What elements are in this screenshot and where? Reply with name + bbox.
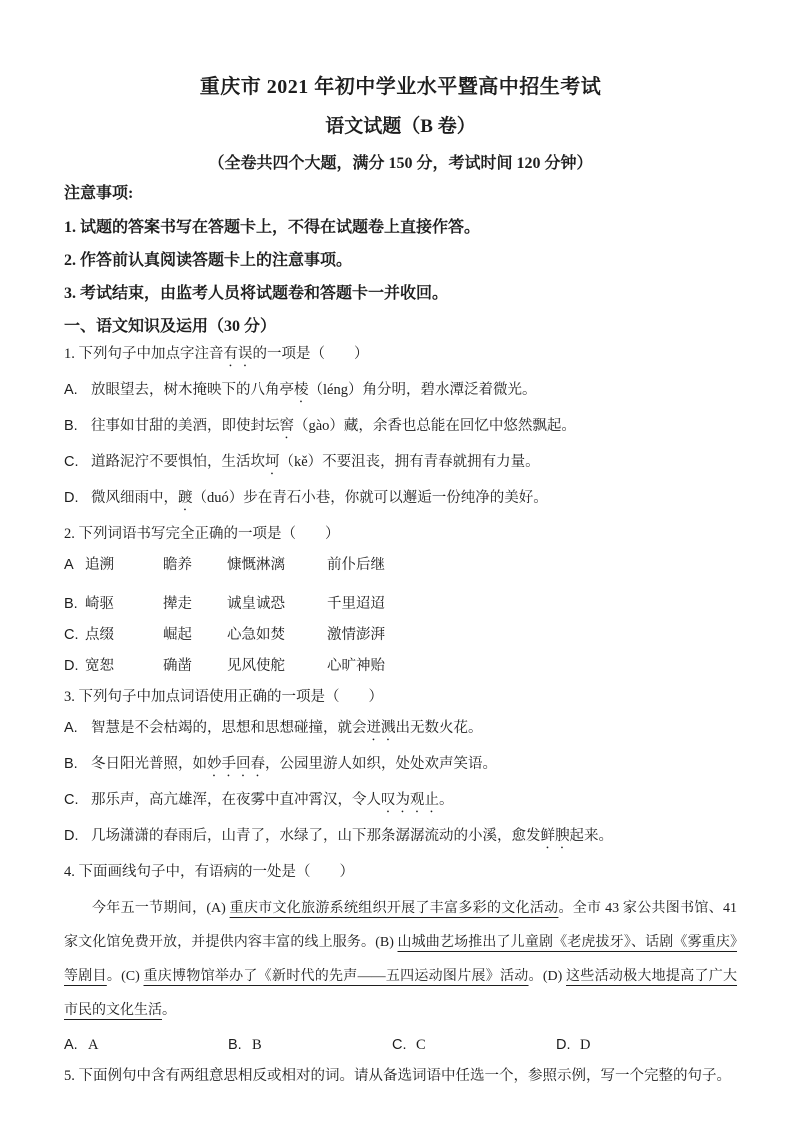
- text-run: 今年五一节期间，(A): [92, 901, 230, 916]
- exam-meta-info: （全卷共四个大题，满分 150 分，考试时间 120 分钟）: [64, 152, 737, 176]
- dot-emphasized-text: 鲜腴: [541, 828, 570, 844]
- word-item: 崎驱: [85, 593, 163, 615]
- option-label-a: A.: [64, 379, 91, 401]
- underlined-text: 重庆市文化旅游系统组织开展了丰富多彩的文化活动: [230, 901, 559, 916]
- option-label-a: A.: [64, 1034, 88, 1056]
- dot-emphasized-text: 棱: [294, 382, 309, 398]
- option-text: 智慧是不会枯竭的，思想和思想碰撞，就会迸溅出无数火花。: [91, 720, 483, 736]
- word-item: 宽恕: [85, 655, 163, 677]
- word-item: 激情澎湃: [327, 624, 385, 646]
- exam-paper-page: 重庆市 2021 年初中学业水平暨高中招生考试 语文试题（B 卷） （全卷共四个…: [0, 0, 793, 1122]
- option-label-a: A: [64, 554, 85, 576]
- notice-heading: 注意事项:: [64, 182, 737, 206]
- question-3-option-a: A.智慧是不会枯竭的，思想和思想碰撞，就会迸溅出无数火花。: [64, 717, 737, 744]
- question-4-stem: 4. 下面画线句子中，有语病的一处是（ ）: [64, 861, 737, 883]
- text-run: 冬日阳光普照，如: [91, 756, 207, 772]
- word-item: 确凿: [163, 655, 227, 677]
- option-label-d: D.: [64, 825, 91, 847]
- exam-subtitle: 语文试题（B 卷）: [64, 114, 737, 140]
- question-1-option-c: C.道路泥泞不要惧怕，生活坎坷（kě）不要沮丧，拥有青春就拥有力量。: [64, 451, 737, 478]
- word-item: 撵走: [163, 593, 227, 615]
- answer-text: A: [88, 1037, 98, 1053]
- dot-emphasized-text: 妙手回春: [207, 756, 265, 772]
- word-item: 点缀: [85, 624, 163, 646]
- option-text: 冬日阳光普照，如妙手回春，公园里游人如织，处处欢声笑语。: [91, 756, 497, 772]
- option-label-d: D.: [64, 487, 91, 509]
- text-run: 几场潇潇的春雨后，山青了，水绿了，山下那条潺潺流动的小溪，愈发: [91, 828, 541, 844]
- question-1-option-d: D.微风细雨中，踱（duó）步在青石小巷，你就可以邂逅一份纯净的美好。: [64, 487, 737, 514]
- text-run: 出无数火花。: [396, 720, 483, 736]
- question-3-option-c: C.那乐声，高亢雄浑，在夜雾中直冲霄汉，令人叹为观止。: [64, 789, 737, 816]
- dot-emphasized-text: 迸溅: [367, 720, 396, 736]
- section-1-heading: 一、语文知识及运用（30 分）: [64, 315, 737, 339]
- answer-text: C: [416, 1037, 426, 1053]
- text-run: 。(C): [107, 969, 144, 984]
- question-1-option-b: B.往事如甘甜的美酒，即使封坛窖（gào）藏，余香也总能在回忆中悠然飘起。: [64, 415, 737, 442]
- text-run: ，公园里游人如织，处处欢声笑语。: [265, 756, 497, 772]
- option-text: 放眼望去，树木掩映下的八角亭棱（léng）角分明，碧水潭泛着微光。: [91, 382, 536, 398]
- word-item: 心急如焚: [227, 624, 327, 646]
- exam-title: 重庆市 2021 年初中学业水平暨高中招生考试: [64, 74, 737, 100]
- word-item: 瞻养: [163, 554, 227, 576]
- question-1-stem: 1. 下列句子中加点字注音有误的一项是（ ）: [64, 343, 737, 370]
- dot-emphasized-text: 踱: [178, 490, 193, 506]
- notice-item-1: 1. 试题的答案书写在答题卡上，不得在试题卷上直接作答。: [64, 216, 737, 240]
- answer-option-d: D.D: [556, 1034, 720, 1056]
- text-run: 起来。: [570, 828, 614, 844]
- question-4-passage: 今年五一节期间，(A) 重庆市文化旅游系统组织开展了丰富多彩的文化活动。全市 4…: [64, 892, 737, 1028]
- text-run: 。(D): [529, 969, 566, 984]
- word-item: 追溯: [85, 554, 163, 576]
- option-label-d: D.: [64, 655, 85, 677]
- text-run: 。: [162, 1003, 176, 1018]
- text-run: 往事如甘甜的美酒，即使封坛: [91, 418, 280, 434]
- option-label-c: C.: [392, 1034, 416, 1056]
- answer-text: B: [252, 1037, 262, 1053]
- question-3-option-d: D.几场潇潇的春雨后，山青了，水绿了，山下那条潺潺流动的小溪，愈发鲜腴起来。: [64, 825, 737, 852]
- dot-emphasized-text: 窖: [280, 418, 295, 434]
- word-item: 慷慨淋漓: [227, 554, 327, 576]
- text-run: （duó）步在青石小巷，你就可以邂逅一份纯净的美好。: [193, 490, 548, 506]
- question-4-answer-row: A.AB.BC.CD.D: [64, 1034, 737, 1056]
- text-run: （gào）藏，余香也总能在回忆中悠然飘起。: [294, 418, 576, 434]
- question-2-option-b: B.崎驱撵走诚皇诚恐千里迢迢: [64, 593, 737, 615]
- option-label-b: B.: [64, 753, 91, 775]
- text-run: 智慧是不会枯竭的，思想和思想碰撞，就会: [91, 720, 367, 736]
- word-item: 见风使舵: [227, 655, 327, 677]
- option-label-d: D.: [556, 1034, 580, 1056]
- word-item: 心旷神贻: [327, 655, 385, 677]
- text-run: 。: [439, 792, 454, 808]
- text-run: 微风细雨中，: [91, 490, 178, 506]
- text-run: （léng）角分明，碧水潭泛着微光。: [309, 382, 537, 398]
- option-label-b: B.: [64, 415, 91, 437]
- question-3-stem: 3. 下列句子中加点词语使用正确的一项是（ ）: [64, 686, 737, 708]
- answer-option-c: C.C: [392, 1034, 556, 1056]
- text-run: （kě）不要沮丧，拥有青春就拥有力量。: [280, 454, 540, 470]
- option-label-b: B.: [228, 1034, 252, 1056]
- answer-text: D: [580, 1037, 590, 1053]
- question-2-stem: 2. 下列词语书写完全正确的一项是（ ）: [64, 523, 737, 545]
- text-run: 那乐声，高亢雄浑，在夜雾中直冲霄汉，令人: [91, 792, 381, 808]
- option-text: 往事如甘甜的美酒，即使封坛窖（gào）藏，余香也总能在回忆中悠然飘起。: [91, 418, 576, 434]
- dot-emphasized-text: 有误: [224, 346, 253, 362]
- text-run: 的一项是（ ）: [253, 346, 369, 362]
- answer-option-a: A.A: [64, 1034, 228, 1056]
- notice-item-3: 3. 考试结束，由监考人员将试题卷和答题卡一并收回。: [64, 282, 737, 306]
- dot-emphasized-text: 坷: [265, 454, 280, 470]
- underlined-text: 重庆博物馆举办了《新时代的先声——五四运动图片展》活动: [144, 969, 529, 984]
- question-2-option-a: A追溯瞻养慷慨淋漓前仆后继: [64, 554, 737, 576]
- question-5-stem: 5. 下面例句中含有两组意思相反或相对的词。请从备选词语中任选一个，参照示例，写…: [64, 1065, 737, 1087]
- question-3-option-b: B.冬日阳光普照，如妙手回春，公园里游人如织，处处欢声笑语。: [64, 753, 737, 780]
- option-text: 几场潇潇的春雨后，山青了，水绿了，山下那条潺潺流动的小溪，愈发鲜腴起来。: [91, 828, 613, 844]
- word-item: 崛起: [163, 624, 227, 646]
- question-1-option-a: A.放眼望去，树木掩映下的八角亭棱（léng）角分明，碧水潭泛着微光。: [64, 379, 737, 406]
- text-run: 放眼望去，树木掩映下的八角亭: [91, 382, 294, 398]
- option-text: 微风细雨中，踱（duó）步在青石小巷，你就可以邂逅一份纯净的美好。: [91, 490, 548, 506]
- option-label-c: C.: [64, 789, 91, 811]
- dot-emphasized-text: 叹为观止: [381, 792, 439, 808]
- option-text: 道路泥泞不要惧怕，生活坎坷（kě）不要沮丧，拥有青春就拥有力量。: [91, 454, 540, 470]
- option-text: 那乐声，高亢雄浑，在夜雾中直冲霄汉，令人叹为观止。: [91, 792, 454, 808]
- option-label-a: A.: [64, 717, 91, 739]
- notice-item-2: 2. 作答前认真阅读答题卡上的注意事项。: [64, 249, 737, 273]
- option-label-b: B.: [64, 593, 85, 615]
- option-label-c: C.: [64, 451, 91, 473]
- question-2-option-c: C.点缀崛起心急如焚激情澎湃: [64, 624, 737, 646]
- word-item: 诚皇诚恐: [227, 593, 327, 615]
- word-item: 千里迢迢: [327, 593, 385, 615]
- option-label-c: C.: [64, 624, 85, 646]
- question-2-option-d: D.宽恕确凿见风使舵心旷神贻: [64, 655, 737, 677]
- text-run: 道路泥泞不要惧怕，生活坎: [91, 454, 265, 470]
- text-run: 1. 下列句子中加点字注音: [64, 346, 224, 362]
- word-item: 前仆后继: [327, 554, 385, 576]
- answer-option-b: B.B: [228, 1034, 392, 1056]
